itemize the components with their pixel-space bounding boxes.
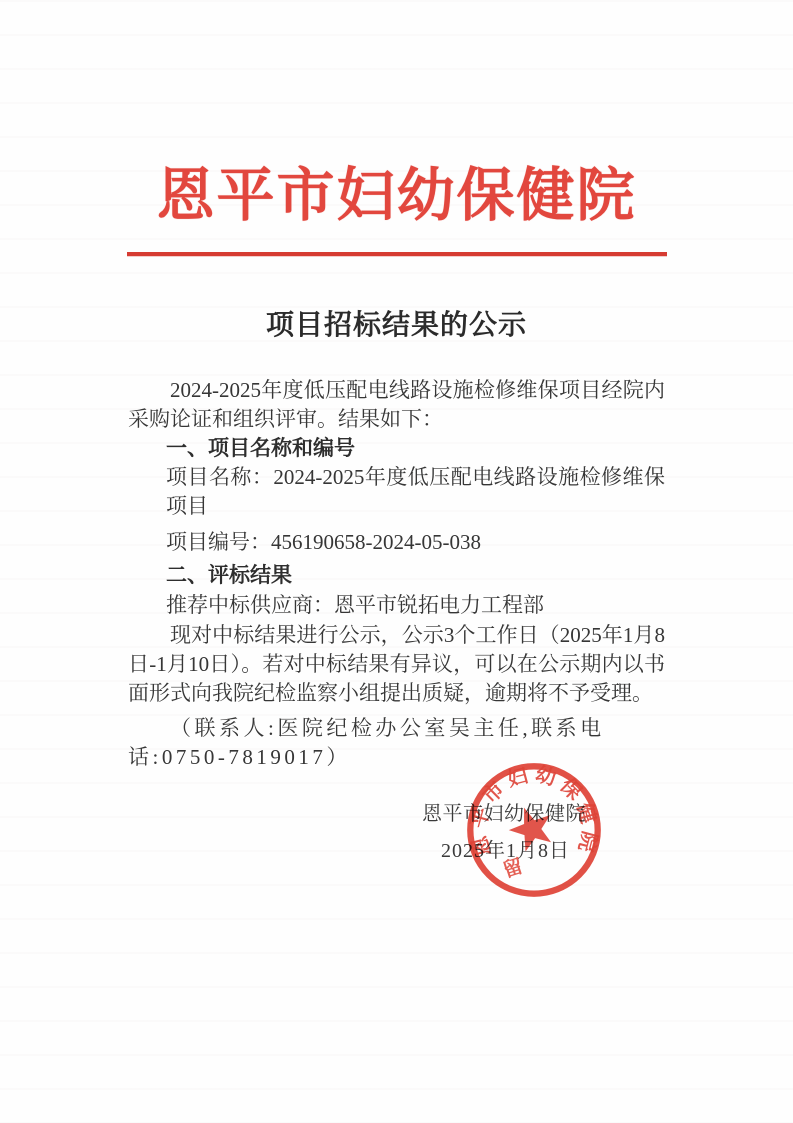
project-name-line: 项目名称：2024-2025年度低压配电线路设施检修维保项目 xyxy=(128,463,665,521)
seal-arc-text: 恩平市妇幼保健院 xyxy=(467,762,603,860)
seal-arc-text-wrap: 恩平市妇幼保健院 xyxy=(467,762,603,860)
supplier-line: 推荐中标供应商：恩平市锐拓电力工程部 xyxy=(128,591,665,620)
official-seal: 恩平市妇幼保健院 留 xyxy=(464,760,604,900)
document-body: 2024-2025年度低压配电线路设施检修维保项目经院内采购论证和组织评审。结果… xyxy=(128,376,665,772)
document-page: 恩平市妇幼保健院 项目招标结果的公示 2024-2025年度低压配电线路设施检修… xyxy=(0,0,793,1123)
document-title: 项目招标结果的公示 xyxy=(0,308,793,344)
intro-paragraph: 2024-2025年度低压配电线路设施检修维保项目经院内采购论证和组织评审。结果… xyxy=(128,376,665,434)
official-seal-svg: 恩平市妇幼保健院 留 xyxy=(464,760,604,900)
project-code-line: 项目编号：456190658-2024-05-038 xyxy=(128,528,665,557)
seal-star-icon xyxy=(503,800,559,854)
section1-heading: 一、项目名称和编号 xyxy=(128,434,665,463)
letterhead-divider xyxy=(127,252,667,256)
notice-paragraph: 现对中标结果进行公示，公示3个工作日（2025年1月8日-1月10日）。若对中标… xyxy=(128,621,665,708)
section2-heading: 二、评标结果 xyxy=(128,561,665,590)
seal-inner-char: 留 xyxy=(500,854,526,882)
letterhead-org-title: 恩平市妇幼保健院 xyxy=(0,160,793,232)
